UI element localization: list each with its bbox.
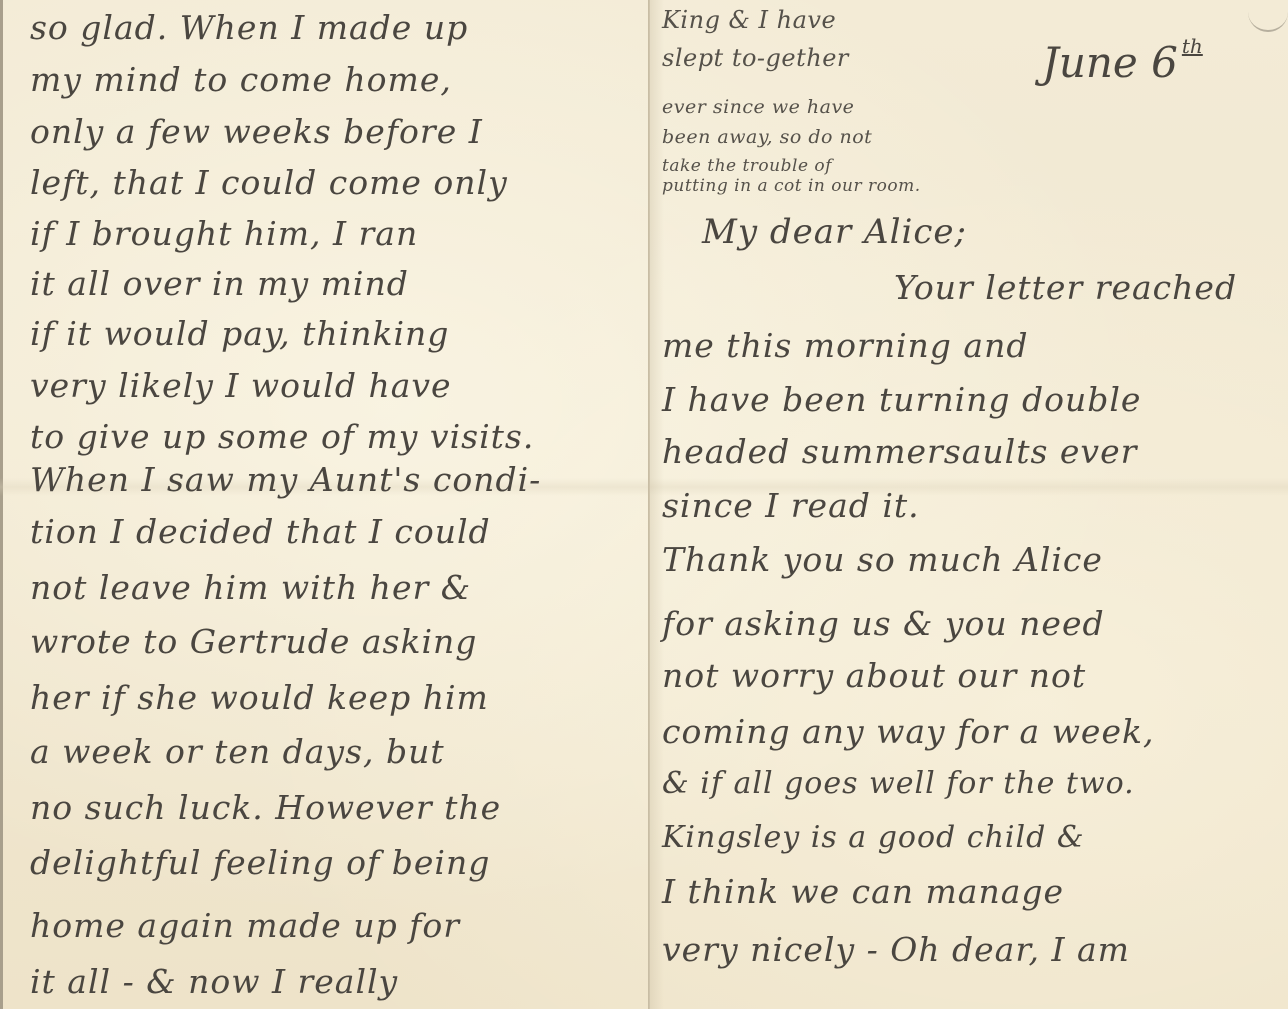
left-line-19: it all - & now I really bbox=[30, 962, 398, 1001]
right-line-4: headed summersaults ever bbox=[662, 432, 1137, 471]
right-line-3: I have been turning double bbox=[662, 380, 1141, 419]
left-line-11: tion I decided that I could bbox=[30, 512, 491, 551]
left-line-16: no such luck. However the bbox=[30, 788, 501, 827]
letter-sheet: so glad. When I made up my mind to come … bbox=[0, 0, 1288, 1009]
salutation: My dear Alice; bbox=[702, 212, 967, 252]
left-line-8: very likely I would have bbox=[30, 366, 452, 405]
marginal-note-line-5: take the trouble of bbox=[662, 156, 832, 176]
right-line-2: me this morning and bbox=[662, 326, 1028, 365]
left-line-13: wrote to Gertrude asking bbox=[30, 622, 477, 661]
right-line-9: coming any way for a week, bbox=[662, 712, 1154, 751]
left-line-17: delightful feeling of being bbox=[30, 843, 490, 882]
left-line-4: left, that I could come only bbox=[30, 163, 508, 202]
right-line-5: since I read it. bbox=[662, 486, 920, 525]
right-line-10: & if all goes well for the two. bbox=[662, 766, 1135, 801]
left-line-7: if it would pay, thinking bbox=[30, 314, 449, 353]
right-line-11: Kingsley is a good child & bbox=[662, 820, 1085, 855]
left-line-2: my mind to come home, bbox=[30, 60, 452, 99]
left-line-15: a week or ten days, but bbox=[30, 732, 445, 771]
left-line-18: home again made up for bbox=[30, 906, 460, 945]
left-line-14: her if she would keep him bbox=[30, 678, 489, 717]
marginal-note-line-3: ever since we have bbox=[662, 96, 854, 118]
left-line-6: it all over in my mind bbox=[30, 264, 409, 303]
left-line-12: not leave him with her & bbox=[30, 568, 471, 607]
left-line-1: so glad. When I made up bbox=[30, 8, 468, 47]
right-line-12: I think we can manage bbox=[662, 872, 1064, 911]
marginal-note-line-6: putting in a cot in our room. bbox=[662, 176, 921, 196]
marginal-note-line-4: been away, so do not bbox=[662, 126, 872, 148]
right-page: King & I have slept to-gether ever since… bbox=[662, 0, 1282, 1009]
right-line-13: very nicely - Oh dear, I am bbox=[662, 930, 1130, 969]
left-line-10: When I saw my Aunt's condi- bbox=[30, 460, 541, 499]
left-line-5: if I brought him, I ran bbox=[30, 214, 418, 253]
right-line-8: not worry about our not bbox=[662, 656, 1086, 695]
date-text: June 6 bbox=[1042, 38, 1178, 87]
paper-edge bbox=[0, 0, 3, 1009]
right-line-1: Your letter reached bbox=[894, 268, 1237, 307]
marginal-note-line-2: slept to-gether bbox=[662, 44, 849, 72]
letter-date: June 6th bbox=[1042, 38, 1203, 87]
left-line-9: to give up some of my visits. bbox=[30, 417, 534, 456]
right-line-6: Thank you so much Alice bbox=[662, 540, 1103, 579]
marginal-note-line-1: King & I have bbox=[662, 6, 836, 34]
right-line-7: for asking us & you need bbox=[662, 604, 1105, 643]
left-page: so glad. When I made up my mind to come … bbox=[30, 0, 645, 1009]
date-suffix: th bbox=[1182, 34, 1203, 58]
left-line-3: only a few weeks before I bbox=[30, 112, 483, 151]
